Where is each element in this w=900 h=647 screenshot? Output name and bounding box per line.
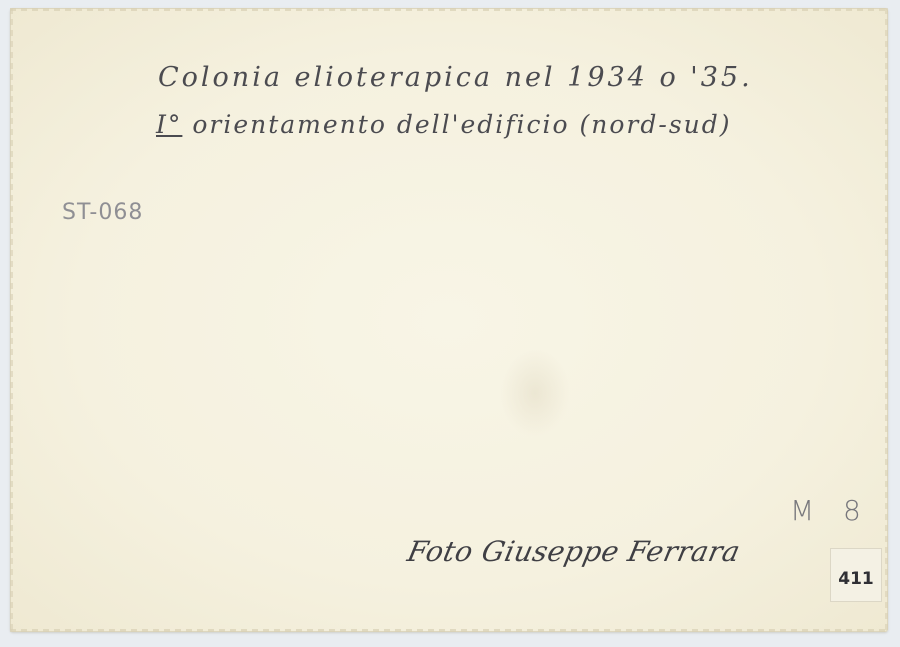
caption-line-2-ordinal: I° [156, 110, 182, 139]
caption-line-2-text: orientamento dell'edificio (nord-sud) [182, 110, 731, 139]
deckled-edge-right [885, 8, 888, 632]
photographer-signature: Foto Giuseppe Ferrara [404, 535, 743, 568]
deckled-edge-left [10, 8, 13, 632]
caption-line-2: I° orientamento dell'edificio (nord-sud) [156, 110, 732, 139]
caption-line-1: Colonia elioterapica nel 1934 o '35. [158, 62, 753, 93]
archive-mark: M 8 [790, 494, 871, 527]
number-label: 411 [830, 548, 882, 602]
reference-code: ST-068 [62, 200, 143, 225]
label-number: 411 [831, 569, 881, 589]
paper-stain [500, 348, 570, 438]
